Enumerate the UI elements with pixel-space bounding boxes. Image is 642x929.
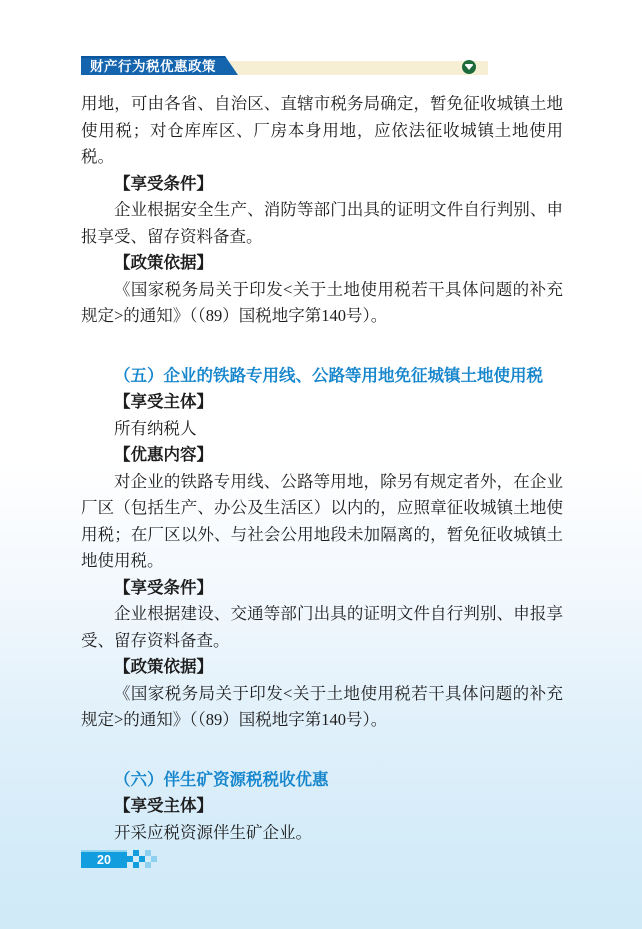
policy-paragraph: 企业根据建设、交通等部门出具的证明文件自行判别、申报享受、留存资料备查。: [81, 601, 563, 654]
policy-paragraph: 企业根据安全生产、消防等部门出具的证明文件自行判别、申报享受、留存资料备查。: [81, 197, 563, 250]
bracket-label: 【享受主体】: [81, 389, 563, 416]
bracket-label: 【享受条件】: [81, 575, 563, 602]
policy-paragraph: 用地，可由各省、自治区、直辖市税务局确定，暂免征收城镇土地使用税；对仓库库区、厂…: [81, 91, 563, 171]
policy-paragraph: 《国家税务局关于印发<关于土地使用税若干具体问题的补充规定>的通知》（（89）国…: [81, 681, 563, 734]
bracket-label: 【优惠内容】: [81, 442, 563, 469]
bracket-label: 【享受主体】: [81, 793, 563, 820]
page-content: 用地，可由各省、自治区、直辖市税务局确定，暂免征收城镇土地使用税；对仓库库区、厂…: [81, 91, 563, 846]
policy-paragraph: 对企业的铁路专用线、公路等用地，除另有规定者外，在企业厂区（包括生产、办公及生活…: [81, 469, 563, 575]
section-heading-5: （五）企业的铁路专用线、公路等用地免征城镇土地使用税: [81, 363, 563, 390]
policy-paragraph: 所有纳税人: [81, 416, 563, 443]
checkerboard-decoration: [127, 850, 159, 868]
down-arrow-icon: [462, 60, 476, 74]
pixel: [145, 862, 151, 868]
bracket-label: 【享受条件】: [81, 171, 563, 198]
page-header: 财产行为税优惠政策: [81, 56, 488, 75]
section-heading-6: （六）伴生矿资源税税收优惠: [81, 767, 563, 794]
page-number: 20: [81, 850, 127, 868]
header-title: 财产行为税优惠政策: [81, 56, 238, 75]
bracket-label: 【政策依据】: [81, 250, 563, 277]
down-arrow-icon-triangle: [465, 65, 473, 70]
document-page: 财产行为税优惠政策 用地，可由各省、自治区、直辖市税务局确定，暂免征收城镇土地使…: [0, 0, 642, 929]
policy-paragraph: 《国家税务局关于印发<关于土地使用税若干具体问题的补充规定>的通知》（（89）国…: [81, 277, 563, 330]
policy-paragraph: 开采应税资源伴生矿企业。: [81, 820, 563, 847]
pixel: [133, 862, 139, 868]
bracket-label: 【政策依据】: [81, 654, 563, 681]
pixel: [151, 856, 157, 862]
